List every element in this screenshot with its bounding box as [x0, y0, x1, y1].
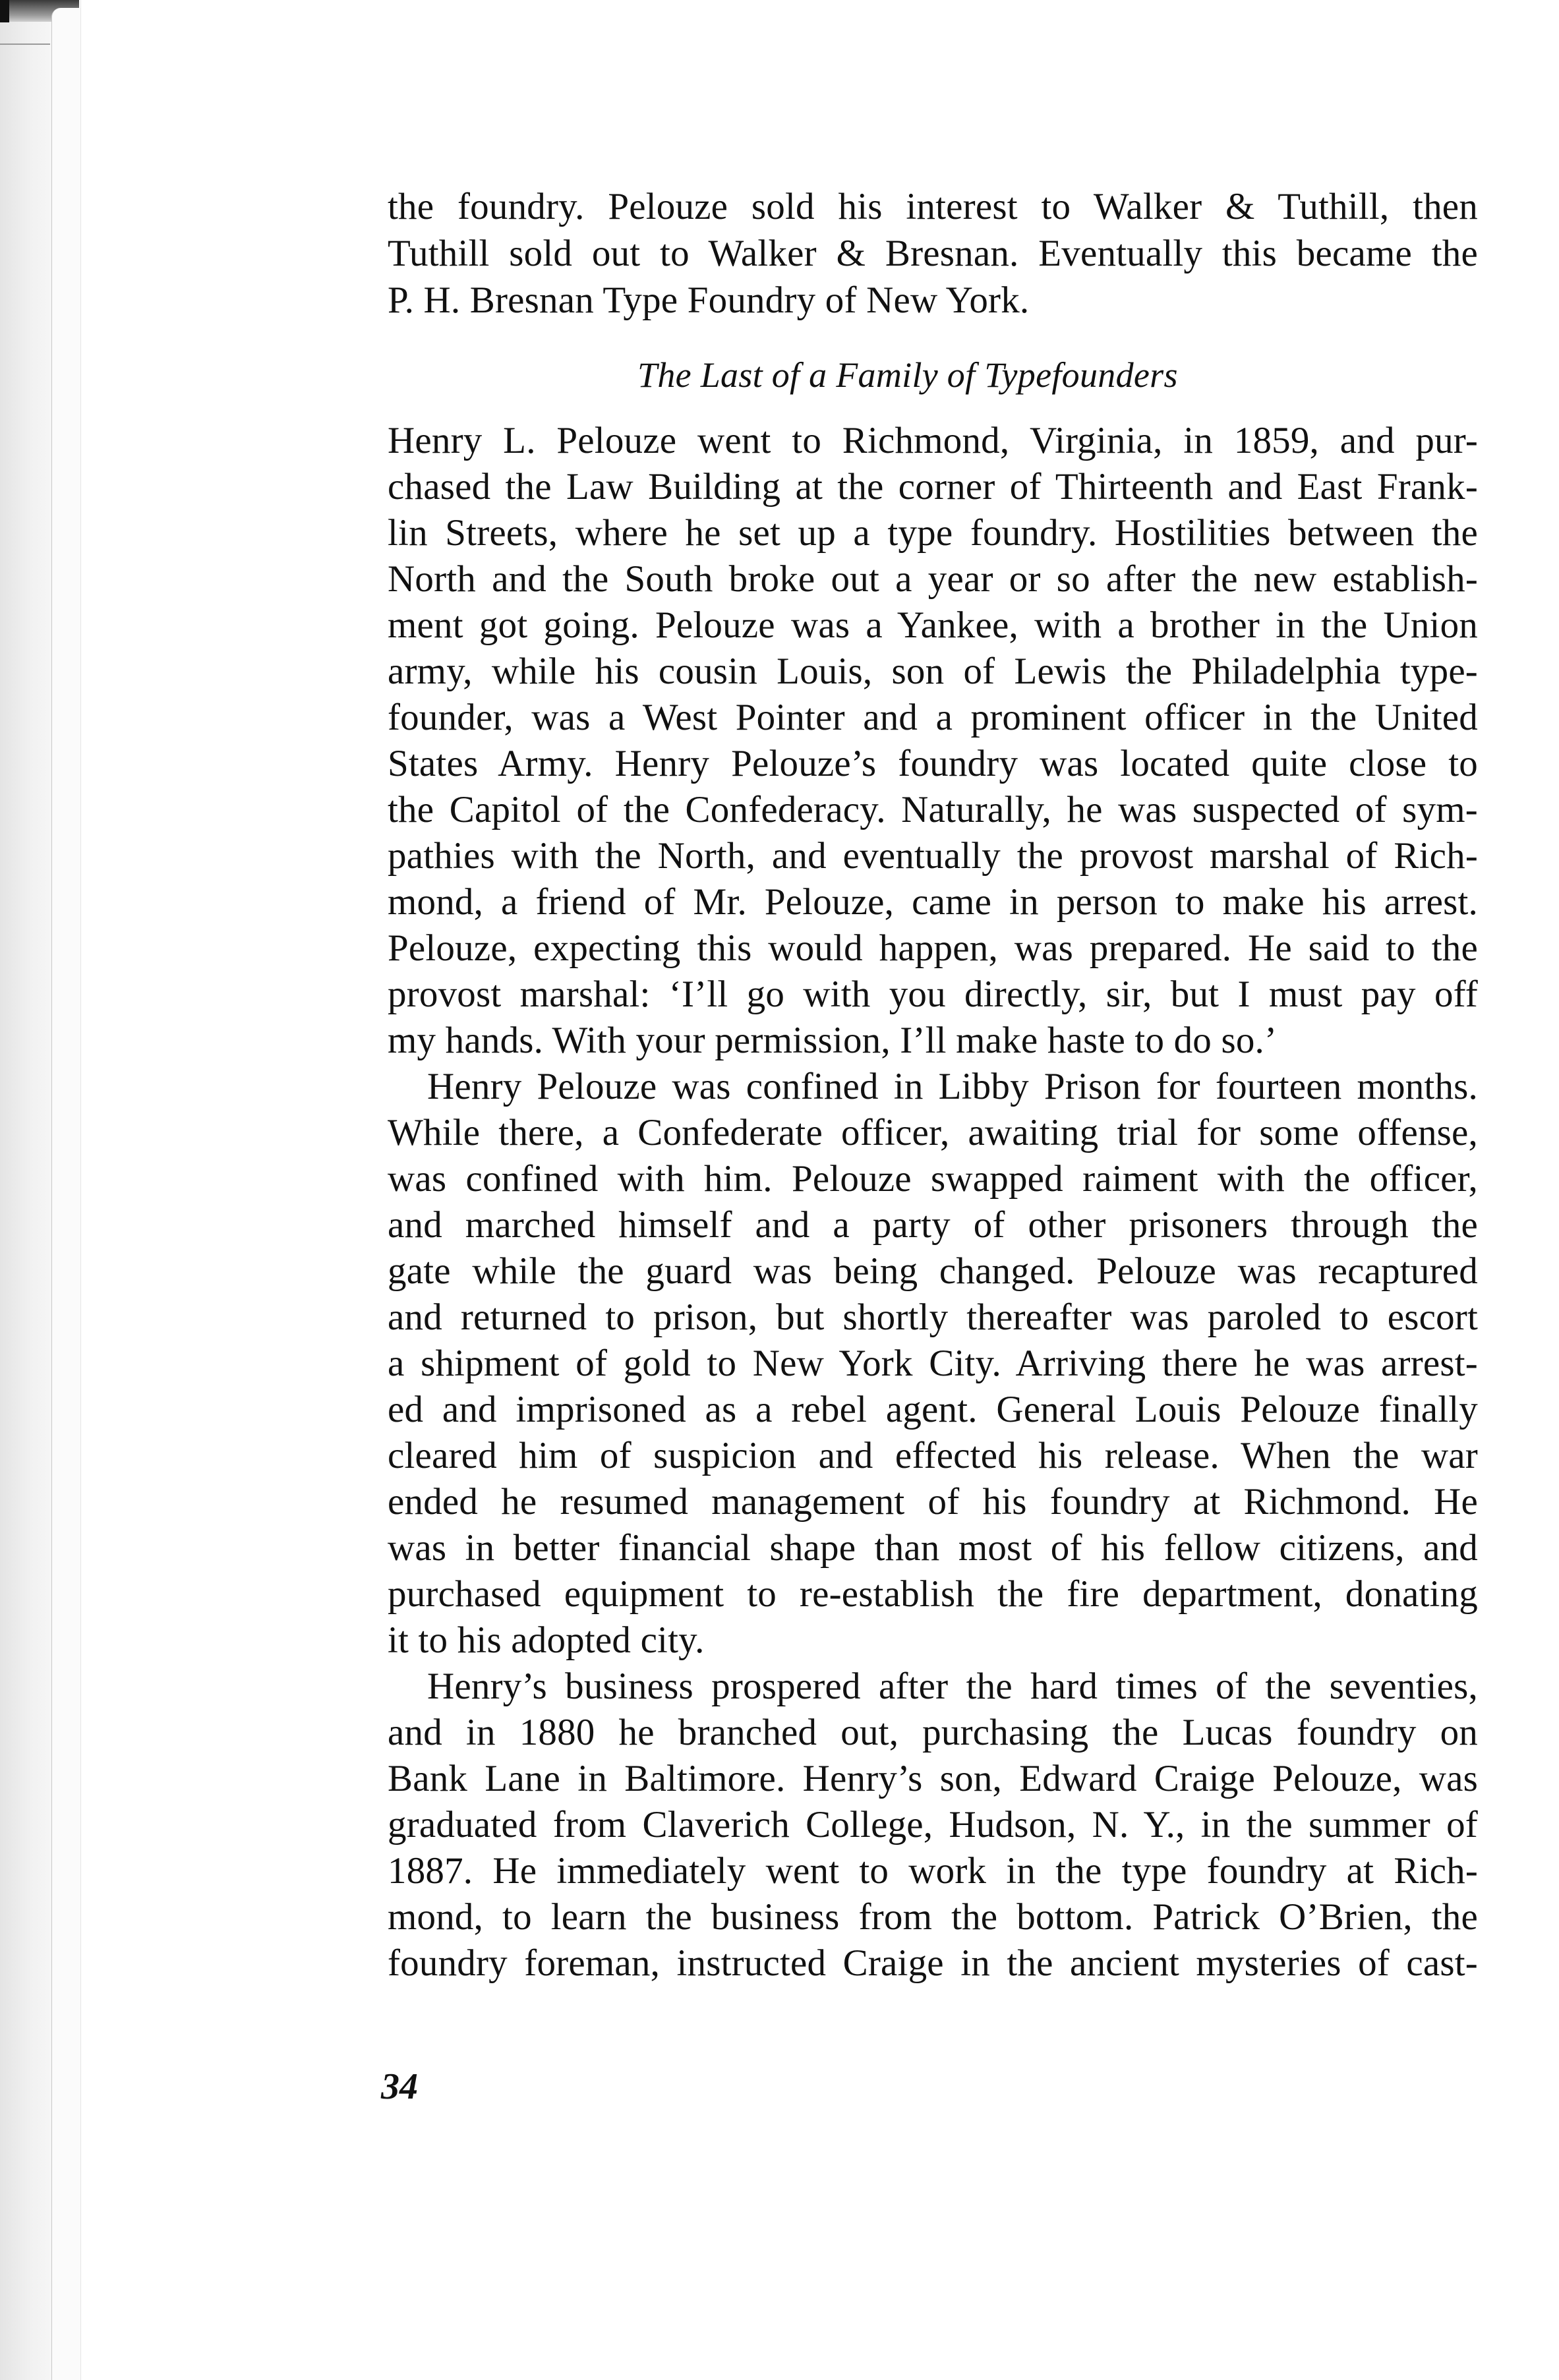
body-line: Bank Lane in Baltimore. Henry’s son, Edw… — [388, 1756, 1478, 1802]
body-line: and in 1880 he branched out, purchasing … — [388, 1710, 1478, 1756]
body-line: Henry L. Pelouze went to Richmond, Virgi… — [388, 418, 1478, 464]
body-line: mond, to learn the business from the bot… — [388, 1894, 1478, 1940]
body-line: foundry foreman, instructed Craige in th… — [388, 1940, 1478, 1987]
body-line: States Army. Henry Pelouze’s foundry was… — [388, 741, 1478, 787]
body-line: my hands. With your permission, I’ll mak… — [388, 1018, 1478, 1064]
body-line: gate while the guard was being changed. … — [388, 1248, 1478, 1294]
body-line: army, while his cousin Louis, son of Lew… — [388, 649, 1478, 695]
body-line: chased the Law Building at the corner of… — [388, 464, 1478, 510]
page-binding-edge — [0, 0, 51, 2380]
body-line: graduated from Claverich College, Hudson… — [388, 1802, 1478, 1848]
body-line: purchased equipment to re-establish the … — [388, 1571, 1478, 1617]
body-line: the foundry. Pelouze sold his interest t… — [388, 184, 1478, 230]
body-line: the Capitol of the Confederacy. Naturall… — [388, 787, 1478, 833]
body-line: ended he resumed management of his found… — [388, 1479, 1478, 1525]
page-sheet-edge — [51, 8, 81, 2380]
binding-shadow-dark — [0, 0, 9, 22]
section-heading: The Last of a Family of Typefounders — [637, 352, 1178, 398]
body-line: provost marshal: ‘I’ll go with you direc… — [388, 972, 1478, 1018]
body-line: While there, a Confederate officer, awai… — [388, 1110, 1478, 1156]
body-line: Tuthill sold out to Walker & Bresnan. Ev… — [388, 231, 1478, 277]
body-line: Pelouze, expecting this would happen, wa… — [388, 925, 1478, 972]
body-line: a shipment of gold to New York City. Arr… — [388, 1341, 1478, 1387]
body-line: mond, a friend of Mr. Pelouze, came in p… — [388, 879, 1478, 925]
body-line: ed and imprisoned as a rebel agent. Gene… — [388, 1387, 1478, 1433]
body-line: 1887. He immediately went to work in the… — [388, 1848, 1478, 1894]
binding-fold-line — [0, 44, 50, 45]
body-line: and returned to prison, but shortly ther… — [388, 1294, 1478, 1341]
body-line: was in better financial shape than most … — [388, 1525, 1478, 1571]
body-line: was confined with him. Pelouze swapped r… — [388, 1156, 1478, 1202]
body-line: ment got going. Pelouze was a Yankee, wi… — [388, 602, 1478, 649]
body-line: cleared him of suspicion and effected hi… — [388, 1433, 1478, 1479]
body-line: Henry Pelouze was confined in Libby Pris… — [427, 1064, 1478, 1110]
body-line: lin Streets, where he set up a type foun… — [388, 510, 1478, 556]
body-line: Henry’s business prospered after the har… — [427, 1664, 1478, 1710]
body-line: P. H. Bresnan Type Foundry of New York. — [388, 277, 1478, 324]
body-line: pathies with the North, and eventually t… — [388, 833, 1478, 879]
body-line: it to his adopted city. — [388, 1617, 1478, 1664]
body-line: and marched himself and a party of other… — [388, 1202, 1478, 1248]
body-line: founder, was a West Pointer and a promin… — [388, 695, 1478, 741]
page-number: 34 — [381, 2064, 418, 2110]
page-sheet-edge-line — [80, 0, 81, 2380]
body-line: North and the South broke out a year or … — [388, 556, 1478, 602]
